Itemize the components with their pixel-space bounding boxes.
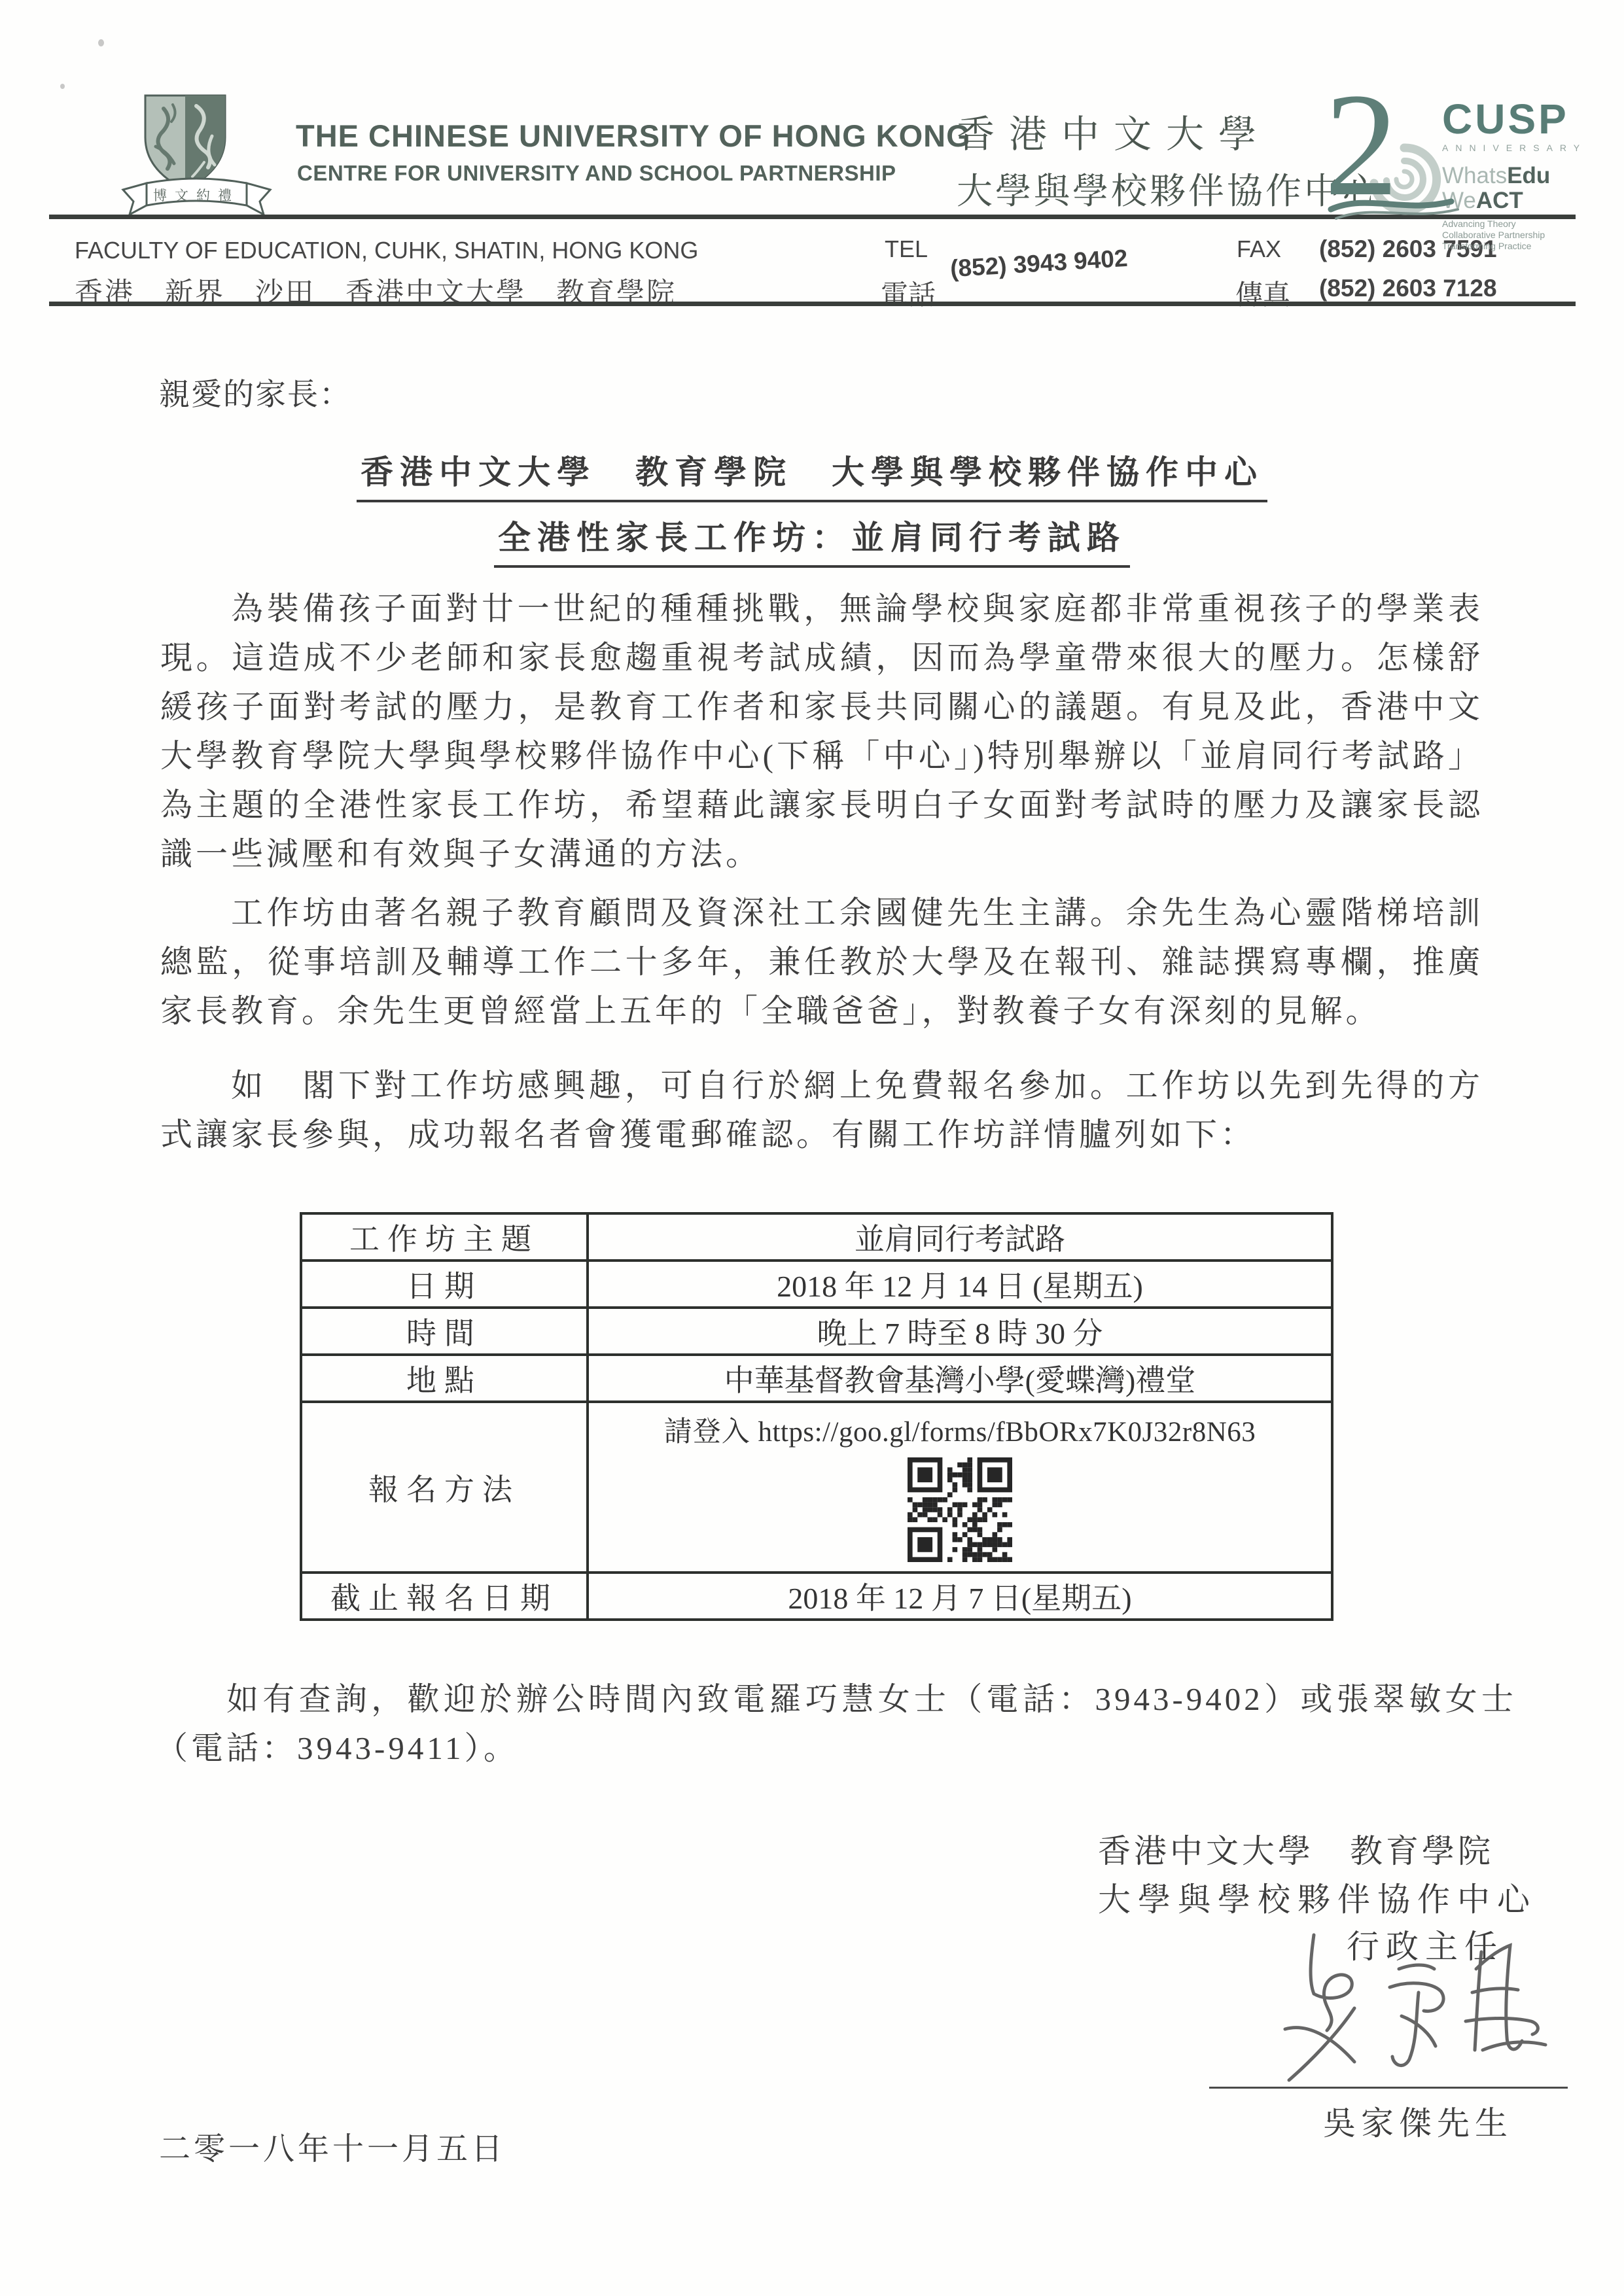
row-label: 工作坊主題 (301, 1213, 588, 1261)
title-line-2: 全港性家長工作坊：並肩同行考試路 (494, 512, 1130, 568)
row-label: 日期 (301, 1261, 588, 1308)
scanned-letter-page: 博文約禮 THE CHINESE UNIVERSITY OF HONG KONG… (0, 0, 1624, 2296)
title-line-1: 香港中文大學 教育學院 大學與學校夥伴協作中心 (357, 446, 1267, 502)
table-row: 工作坊主題 並肩同行考試路 (301, 1213, 1332, 1261)
paragraph-enquiry: 如有查詢，歡迎於辦公時間內致電羅巧慧女士（電話：3943-9402）或張翠敏女士… (156, 1675, 1517, 1773)
signature-line (1209, 2087, 1568, 2089)
address-en: FACULTY OF EDUCATION, CUHK, SHATIN, HONG… (75, 237, 698, 264)
cuhk-crest-logo: 博文約禮 (116, 90, 277, 224)
row-value: 並肩同行考試路 (588, 1213, 1332, 1261)
cusp-acronym: CUSP (1442, 98, 1587, 140)
paragraph-registration: 如 閣下對工作坊感興趣，可自行於網上免費報名參加。工作坊以先到先得的方式讓家長參… (160, 1061, 1483, 1159)
row-label: 時間 (301, 1308, 588, 1355)
table-row: 截止報名日期 2018 年 12 月 7 日(星期五) (301, 1573, 1332, 1620)
table-row-registration: 報名方法 請登入 https://goo.gl/forms/fBbORx7K0J… (301, 1402, 1332, 1573)
table-row: 時間 晚上 7 時至 8 時 30 分 (301, 1308, 1332, 1355)
handwritten-signature (1251, 1931, 1565, 2088)
tel-label-en: TEL (885, 235, 928, 263)
scan-speck (60, 84, 65, 89)
row-value: 晚上 7 時至 8 時 30 分 (588, 1308, 1332, 1355)
crest-motto: 博文約禮 (153, 188, 239, 203)
letter-date: 二零一八年十一月五日 (159, 2123, 506, 2168)
signature-org-line-1: 香港中文大學 教育學院 (1098, 1825, 1494, 1872)
university-name-en: THE CHINESE UNIVERSITY OF HONG KONG (296, 118, 971, 154)
cusp-anniversary-label: ANNIVERSARY (1442, 143, 1587, 153)
header-divider-bottom (49, 302, 1576, 306)
table-row: 地點 中華基督教會基灣小學(愛蝶灣)禮堂 (301, 1355, 1332, 1402)
cusp-whatsedu: WhatsEdu (1442, 164, 1587, 188)
registration-url-line: 請登入 https://goo.gl/forms/fBbORx7K0J32r8N… (589, 1410, 1331, 1450)
tel-number: (852) 3943 9402 (949, 245, 1129, 283)
paragraph-speaker: 工作坊由著名親子教育顧問及資深社工余國健先生主講。余先生為心靈階梯培訓總監，從事… (160, 888, 1483, 1035)
fax-label-zh: 傳真 (1235, 273, 1290, 313)
qr-code (908, 1457, 1012, 1562)
table-row: 日期 2018 年 12 月 14 日 (星期五) (301, 1261, 1332, 1308)
row-label: 報名方法 (301, 1402, 588, 1573)
row-value: 2018 年 12 月 7 日(星期五) (588, 1573, 1332, 1620)
workshop-details-table: 工作坊主題 並肩同行考試路 日期 2018 年 12 月 14 日 (星期五) … (300, 1212, 1333, 1621)
signature-org-line-2: 大學與學校夥伴協作中心 (1098, 1873, 1537, 1921)
row-value: 中華基督教會基灣小學(愛蝶灣)禮堂 (588, 1355, 1332, 1402)
cusp-wave-icon (1327, 187, 1477, 226)
row-value: 2018 年 12 月 14 日 (星期五) (588, 1261, 1332, 1308)
salutation: 親愛的家長： (159, 370, 351, 414)
registration-method-cell: 請登入 https://goo.gl/forms/fBbORx7K0J32r8N… (588, 1402, 1332, 1573)
paragraph-intro: 為裝備孩子面對廿一世紀的種種挑戰，無論學校與家庭都非常重視孩子的學業表現。這造成… (160, 584, 1483, 878)
university-name-zh: 香港中文大學 (957, 103, 1271, 158)
centre-name-zh: 大學與學校夥伴協作中心 (957, 162, 1381, 214)
scan-speck (98, 39, 104, 46)
signatory-name: 吳家傑先生 (1323, 2097, 1513, 2144)
tel-label-zh: 電話 (881, 273, 936, 313)
fax-label-en: FAX (1237, 235, 1281, 263)
cusp-anniversary-logo: 2 CUSP ANNIVERSARY WhatsEdu WeACT Advanc… (1327, 89, 1582, 226)
letter-title: 香港中文大學 教育學院 大學與學校夥伴協作中心 全港性家長工作坊：並肩同行考試路 (0, 446, 1624, 568)
fax-number-2: (852) 2603 7128 (1319, 275, 1497, 302)
centre-name-en: CENTRE FOR UNIVERSITY AND SCHOOL PARTNER… (297, 161, 896, 186)
row-label: 截止報名日期 (301, 1573, 588, 1620)
row-label: 地點 (301, 1355, 588, 1402)
registration-link[interactable]: https://goo.gl/forms/fBbORx7K0J32r8N63 (758, 1417, 1256, 1448)
